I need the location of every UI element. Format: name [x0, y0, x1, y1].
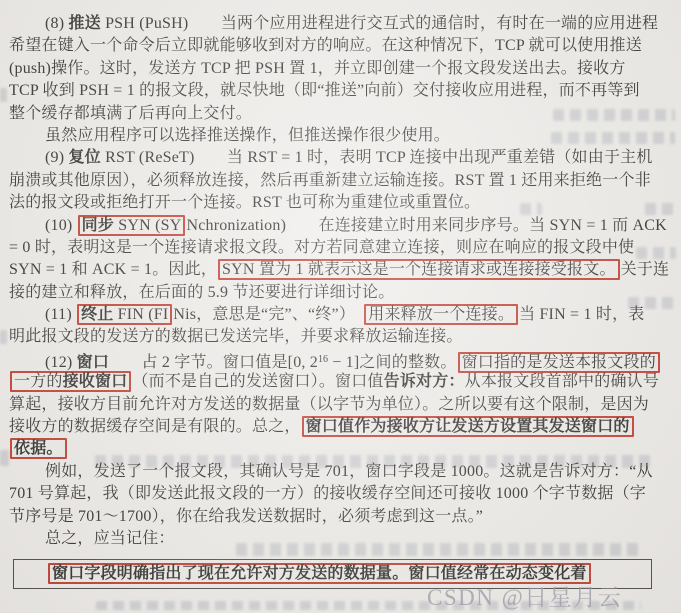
csdn-watermark: CSDN @日星月云: [427, 579, 622, 612]
text-segment: (12): [45, 354, 77, 371]
text-segment: 同步: [82, 217, 114, 234]
text-line: TCP 收到 PSH = 1 的报文段，就尽快地（即“推送”向前）交付接收应用进…: [9, 80, 665, 102]
text-segment: 明此报文段的发送方的数据已发送完毕，并要求释放运输连接。: [9, 328, 463, 345]
text-line: 一方的接收窗口（而不是自己的发送窗口）。窗口值告诉对方：从本报文段首部中的确认号: [9, 371, 665, 393]
text-line: 明此报文段的发送方的数据已发送完毕，并要求释放运输连接。: [9, 326, 665, 348]
text-line: (10) 同步 SYN (SYNchronization) 在连接建立时用来同步…: [9, 215, 665, 237]
text-segment: 一方的: [14, 373, 63, 390]
text-line: 例如，发送了一个报文段，其确认号是 701，窗口字段是 1000。这就是告诉对方…: [9, 461, 665, 483]
text-line: = 0 时，表明这是一个连接请求报文段。对方若同意建立连接，则应在响应的报文段中…: [9, 237, 665, 259]
text-line: (push)操作。这时，发送方 TCP 把 PSH 置 1，并立即创建一个报文段…: [9, 58, 665, 80]
text-segment: PSH (PuSH) 当两个应用进程进行交互式的通信时，有时在一端的应用进程: [101, 15, 658, 32]
para-10-syn: (10) 同步 SYN (SYNchronization) 在连接建立时用来同步…: [9, 215, 665, 305]
text-segment: （而不是自己的发送窗口）。窗口值: [132, 373, 383, 390]
text-line: 崩溃或其他原因），必须释放连接，然后再重新建立运输连接。RST 置 1 还用来拒…: [9, 170, 665, 192]
text-segment: Nchronization) 在连接建立时用来同步序号。当 SYN = 1 而 …: [186, 217, 666, 234]
text-segment: (11): [45, 306, 76, 323]
text-segment: (9): [45, 149, 68, 166]
text-segment: FIN (FI: [113, 306, 168, 323]
text-segment: 窗口: [77, 354, 109, 371]
text-segment: TCP 收到 PSH = 1 的报文段，就尽快地（即“推送”向前）交付接收应用进…: [9, 82, 640, 99]
text-segment: (push)操作。这时，发送方 TCP 把 PSH 置 1，并立即创建一个报文段…: [9, 60, 626, 77]
text-line: 希望在键入一个命令后立即就能够收到对方的响应。在这种情况下，TCP 就可以使用推…: [9, 35, 665, 57]
text-line: 接的建立和释放，在后面的 5.9 节还要进行详细讨论。: [9, 282, 665, 304]
text-segment: SYN = 1 和 ACK = 1。因此，: [9, 261, 217, 278]
para-9-reset: (9) 复位 RST (ReSeT) 当 RST = 1 时，表明 TCP 连接…: [9, 147, 665, 214]
red-annotation-box: 依据。: [10, 438, 67, 459]
text-segment: 701 号算起，我（即发送此报文段的一方）的接收缓存空间还可接收 1000 个字…: [9, 485, 646, 502]
text-segment: − 1]之间的整数。: [328, 354, 457, 371]
text-segment: 窗口值作为接收方让发送方设置其发送窗口的: [306, 418, 630, 435]
text-segment: (8): [45, 15, 68, 32]
text-segment: 当 FIN = 1 时，表: [519, 306, 644, 323]
text-segment: (10): [45, 217, 77, 234]
para-12-window: (12) 窗口 占 2 字节。窗口值是[0, 216 − 1]之间的整数。窗口指…: [9, 349, 665, 461]
text-segment: SYN (SY: [114, 217, 181, 234]
text-segment: 关于连: [621, 261, 670, 278]
text-segment: = 0 时，表明这是一个连接请求报文段。对方若同意建立连接，则应在响应的报文段中…: [9, 239, 634, 256]
red-annotation-box: 同步 SYN (SY: [78, 215, 186, 236]
text-line: 节序号是 701～1700），你在给我发送数据时，必须考虑到这一点。”: [9, 506, 665, 528]
text-segment: 接收方的数据缓存空间是有限的。总之，: [9, 418, 301, 435]
text-segment: 崩溃或其他原因），必须释放连接，然后再重新建立运输连接。RST 置 1 还用来拒…: [9, 172, 651, 189]
text-segment: 整个缓存都填满了后再向上交付。: [9, 105, 252, 122]
text-segment: 法的报文段或拒绝打开一个连接。RST 也可称为重建位或重置位。: [9, 194, 480, 211]
text-line: 算起，接收方目前允许对方发送的数据量（以字节为单位）。之所以要有这个限制，是因为: [9, 394, 665, 416]
text-line: 接收方的数据缓存空间是有限的。总之，窗口值作为接收方让发送方设置其发送窗口的: [9, 416, 665, 438]
text-segment: 总之，应当记住：: [45, 530, 175, 547]
text-line: 法的报文段或拒绝打开一个连接。RST 也可称为重建位或重置位。: [9, 192, 665, 214]
text-segment: 接的建立和释放，在后面的 5.9 节还要进行详细讨论。: [9, 284, 394, 301]
text-segment: 依据。: [14, 440, 63, 457]
red-annotation-box: 用来释放一个连接。: [364, 304, 518, 325]
text-segment: 终止: [81, 306, 113, 323]
text-segment: 推送: [68, 15, 100, 32]
text-line: 701 号算起，我（即发送此报文段的一方）的接收缓存空间还可接收 1000 个字…: [9, 483, 665, 505]
text-segment: 虽然应用程序可以选择推送操作，但推送操作很少使用。: [45, 127, 450, 144]
text-segment: 例如，发送了一个报文段，其确认号是 701，窗口字段是 1000。这就是告诉对方…: [45, 463, 653, 480]
text-segment: 希望在键入一个命令后立即就能够收到对方的响应。在这种情况下，TCP 就可以使用推…: [9, 37, 642, 54]
text-segment: 节序号是 701～1700），你在给我发送数据时，必须考虑到这一点。”: [9, 508, 483, 525]
red-annotation-box: 窗口指的是发送本报文段的: [458, 352, 660, 373]
text-segment: 占 2 字节。窗口值是[0, 2: [109, 354, 318, 371]
text-segment: RST (ReSeT) 当 RST = 1 时，表明 TCP 连接中出现严重差错…: [101, 149, 653, 166]
text-segment: 16: [318, 354, 328, 365]
text-line: (11) 终止 FIN (FINis，意思是“完”、“终”） 用来释放一个连接。…: [9, 304, 665, 326]
text-segment: 算起，接收方目前允许对方发送的数据量（以字节为单位）。之所以要有这个限制，是因为: [9, 396, 649, 413]
text-line: (8) 推送 PSH (PuSH) 当两个应用进程进行交互式的通信时，有时在一端…: [9, 13, 665, 35]
text-segment: 窗口指的是发送本报文段的: [462, 354, 656, 371]
text-segment: Nis，意思是“完”、“终”）: [173, 306, 363, 323]
text-segment: 告诉对方：: [384, 373, 465, 390]
text-line: 总之，应当记住：: [9, 528, 665, 550]
text-segment: 从本报文段首部中的确认号: [465, 373, 659, 390]
para-11-fin: (11) 终止 FIN (FINis，意思是“完”、“终”） 用来释放一个连接。…: [9, 304, 665, 349]
text-segment: SYN 置为 1 就表示这是一个连接请求或连接接受报文。: [222, 261, 616, 278]
text-line: 整个缓存都填满了后再向上交付。: [9, 103, 665, 125]
text-line: (12) 窗口 占 2 字节。窗口值是[0, 216 − 1]之间的整数。窗口指…: [9, 349, 665, 371]
red-annotation-box: SYN 置为 1 就表示这是一个连接请求或连接接受报文。: [218, 259, 620, 280]
text-segment: 复位: [68, 149, 100, 166]
red-annotation-box: 窗口值作为接收方让发送方设置其发送窗口的: [302, 416, 634, 437]
para-summary-lead: 总之，应当记住：: [9, 528, 665, 550]
red-annotation-box: 一方的接收窗口: [10, 371, 131, 392]
para-push-note: 虽然应用程序可以选择推送操作，但推送操作很少使用。: [9, 125, 665, 147]
page-text: (8) 推送 PSH (PuSH) 当两个应用进程进行交互式的通信时，有时在一端…: [0, 0, 681, 589]
text-line: 虽然应用程序可以选择推送操作，但推送操作很少使用。: [9, 125, 665, 147]
text-line: SYN = 1 和 ACK = 1。因此，SYN 置为 1 就表示这是一个连接请…: [9, 259, 665, 281]
para-8-push: (8) 推送 PSH (PuSH) 当两个应用进程进行交互式的通信时，有时在一端…: [9, 13, 665, 125]
text-segment: 接收窗口: [63, 373, 128, 390]
text-segment: 用来释放一个连接。: [368, 306, 514, 323]
red-annotation-box: 终止 FIN (FI: [77, 304, 172, 325]
para-example: 例如，发送了一个报文段，其确认号是 701，窗口字段是 1000。这就是告诉对方…: [9, 461, 665, 528]
text-line: (9) 复位 RST (ReSeT) 当 RST = 1 时，表明 TCP 连接…: [9, 147, 665, 169]
text-line: 依据。: [9, 438, 665, 460]
